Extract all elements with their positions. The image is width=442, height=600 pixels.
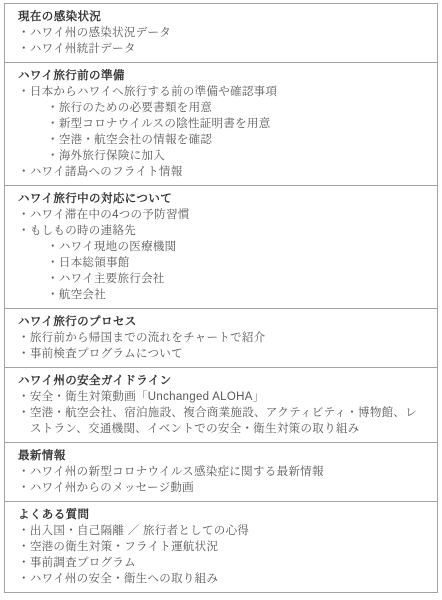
toc-item-label: ハワイ州の新型コロナウイルス感染症に関する最新情報 — [30, 466, 324, 478]
toc-section: ハワイ州の安全ガイドライン ・安全・衛生対策動画「Unchanged ALOHA… — [5, 367, 437, 442]
toc-item: ・海外旅行保険に加入 — [47, 148, 427, 164]
toc-item: ・事前調査プログラム — [18, 555, 427, 571]
toc-item-label: もしもの時の連絡先 — [30, 225, 136, 237]
toc-item-label: ハワイ州統計データ — [30, 43, 136, 55]
toc-item-label: 事前調査プログラム — [30, 557, 136, 569]
bullet-icon: ・ — [18, 348, 30, 360]
toc-item-label: 新型コロナウイルスの陰性証明書を用意 — [59, 118, 271, 130]
toc-item-label: 出入国・自己隔離 ／ 旅行者としての心得 — [30, 525, 249, 537]
section-items: ・日本からハワイへ旅行する前の準備や確認事項 ・旅行のための必要書類を用意 ・新… — [18, 84, 427, 180]
bullet-icon: ・ — [47, 289, 59, 301]
toc-item: ・空港の衛生対策・フライト運航状況 — [18, 539, 427, 555]
toc-item: ・日本総領事館 — [47, 255, 427, 271]
bullet-icon: ・ — [47, 102, 59, 114]
toc-item: ・ハワイ州からのメッセージ動画 — [18, 480, 427, 496]
toc-section: ハワイ旅行中の対応について ・ハワイ滞在中の4つの予防習慣 ・もしもの時の連絡先… — [5, 185, 437, 308]
bullet-icon: ・ — [47, 118, 59, 130]
bullet-icon: ・ — [18, 225, 30, 237]
toc-item-label: 日本からハワイへ旅行する前の準備や確認事項 — [30, 86, 277, 98]
section-title: 最新情報 — [18, 448, 427, 464]
bullet-icon: ・ — [18, 557, 30, 569]
toc-item: ・出入国・自己隔離 ／ 旅行者としての心得 — [18, 523, 427, 539]
bullet-icon: ・ — [18, 541, 30, 553]
bullet-icon: ・ — [47, 134, 59, 146]
toc-item: ・安全・衛生対策動画「Unchanged ALOHA」 — [18, 389, 427, 405]
toc-item-label: 空港・航空会社の情報を確認 — [59, 134, 212, 146]
toc-section: 現在の感染状況 ・ハワイ州の感染状況データ ・ハワイ州統計データ — [5, 4, 437, 62]
section-items: ・ハワイ滞在中の4つの予防習慣 ・もしもの時の連絡先 ・ハワイ現地の医療機関 ・… — [18, 207, 427, 303]
bullet-icon: ・ — [47, 273, 59, 285]
toc-section: ハワイ旅行のプロセス ・旅行前から帰国までの流れをチャートで紹介 ・事前検査プロ… — [5, 308, 437, 367]
toc-item-label: 事前検査プログラムについて — [30, 348, 183, 360]
bullet-icon: ・ — [47, 257, 59, 269]
toc-section: ハワイ旅行前の準備 ・日本からハワイへ旅行する前の準備や確認事項 ・旅行のための… — [5, 62, 437, 185]
toc-item: ・ハワイ諸島へのフライト情報 — [18, 164, 427, 180]
toc-item-label: 日本総領事館 — [59, 257, 130, 269]
toc-item: ・事前検査プログラムについて — [18, 346, 427, 362]
toc-item: ・もしもの時の連絡先 — [18, 223, 427, 239]
section-title: 現在の感染状況 — [18, 9, 427, 25]
section-title: ハワイ旅行のプロセス — [18, 314, 427, 330]
toc-item-label: 旅行のための必要書類を用意 — [59, 102, 212, 114]
toc-item-label: 空港・航空会社、宿泊施設、複合商業施設、アクティビティ・博物館、レストラン、交通… — [30, 407, 417, 435]
section-items: ・旅行前から帰国までの流れをチャートで紹介 ・事前検査プログラムについて — [18, 330, 427, 362]
section-items: ・安全・衛生対策動画「Unchanged ALOHA」 ・空港・航空会社、宿泊施… — [18, 389, 427, 437]
toc-item: ・ハワイ現地の医療機関 — [47, 239, 427, 255]
toc-item: ・旅行のための必要書類を用意 — [47, 100, 427, 116]
toc-item: ・ハワイ州の安全・衛生への取り組み — [18, 571, 427, 587]
section-title: よくある質問 — [18, 507, 427, 523]
bullet-icon: ・ — [47, 241, 59, 253]
section-items: ・ハワイ州の新型コロナウイルス感染症に関する最新情報 ・ハワイ州からのメッセージ… — [18, 464, 427, 496]
section-items: ・出入国・自己隔離 ／ 旅行者としての心得 ・空港の衛生対策・フライト運航状況 … — [18, 523, 427, 587]
toc-item: ・空港・航空会社、宿泊施設、複合商業施設、アクティビティ・博物館、レストラン、交… — [18, 405, 427, 437]
toc-item-label: ハワイ諸島へのフライト情報 — [30, 166, 183, 178]
toc-item-label: 空港の衛生対策・フライト運航状況 — [30, 541, 218, 553]
bullet-icon: ・ — [18, 466, 30, 478]
toc-item-label: 安全・衛生対策動画「Unchanged ALOHA」 — [30, 391, 265, 403]
toc-item: ・ハワイ州統計データ — [18, 41, 427, 57]
toc-item: ・ハワイ滞在中の4つの予防習慣 — [18, 207, 427, 223]
bullet-icon: ・ — [18, 86, 30, 98]
toc-item: ・日本からハワイへ旅行する前の準備や確認事項 — [18, 84, 427, 100]
bullet-icon: ・ — [47, 150, 59, 162]
bullet-icon: ・ — [18, 525, 30, 537]
toc-item: ・ハワイ主要旅行会社 — [47, 271, 427, 287]
bullet-icon: ・ — [18, 332, 30, 344]
toc-item: ・旅行前から帰国までの流れをチャートで紹介 — [18, 330, 427, 346]
bullet-icon: ・ — [18, 391, 30, 403]
section-title: ハワイ旅行中の対応について — [18, 191, 427, 207]
bullet-icon: ・ — [18, 43, 30, 55]
toc-item-label: ハワイ州からのメッセージ動画 — [30, 482, 194, 494]
bullet-icon: ・ — [18, 27, 30, 39]
toc-item: ・新型コロナウイルスの陰性証明書を用意 — [47, 116, 427, 132]
bullet-icon: ・ — [18, 482, 30, 494]
toc-item-label: ハワイ主要旅行会社 — [59, 273, 165, 285]
toc-item: ・ハワイ州の新型コロナウイルス感染症に関する最新情報 — [18, 464, 427, 480]
toc-section: 最新情報 ・ハワイ州の新型コロナウイルス感染症に関する最新情報 ・ハワイ州からの… — [5, 442, 437, 501]
toc-item-label: 航空会社 — [59, 289, 106, 301]
toc-item-label: ハワイ現地の医療機関 — [59, 241, 177, 253]
bullet-icon: ・ — [18, 573, 30, 585]
toc-section: よくある質問 ・出入国・自己隔離 ／ 旅行者としての心得 ・空港の衛生対策・フラ… — [5, 501, 437, 592]
table-of-contents: 現在の感染状況 ・ハワイ州の感染状況データ ・ハワイ州統計データ ハワイ旅行前の… — [4, 3, 438, 593]
section-title: ハワイ旅行前の準備 — [18, 68, 427, 84]
bullet-icon: ・ — [18, 407, 30, 419]
toc-item: ・ハワイ州の感染状況データ — [18, 25, 427, 41]
toc-item: ・航空会社 — [47, 287, 427, 303]
bullet-icon: ・ — [18, 166, 30, 178]
toc-item-label: ハワイ州の安全・衛生への取り組み — [30, 573, 218, 585]
section-title: ハワイ州の安全ガイドライン — [18, 373, 427, 389]
toc-item: ・空港・航空会社の情報を確認 — [47, 132, 427, 148]
section-items: ・ハワイ州の感染状況データ ・ハワイ州統計データ — [18, 25, 427, 57]
toc-item-label: ハワイ州の感染状況データ — [30, 27, 171, 39]
toc-item-label: 海外旅行保険に加入 — [59, 150, 165, 162]
toc-item-label: ハワイ滞在中の4つの予防習慣 — [30, 209, 190, 221]
bullet-icon: ・ — [18, 209, 30, 221]
toc-item-label: 旅行前から帰国までの流れをチャートで紹介 — [30, 332, 266, 344]
